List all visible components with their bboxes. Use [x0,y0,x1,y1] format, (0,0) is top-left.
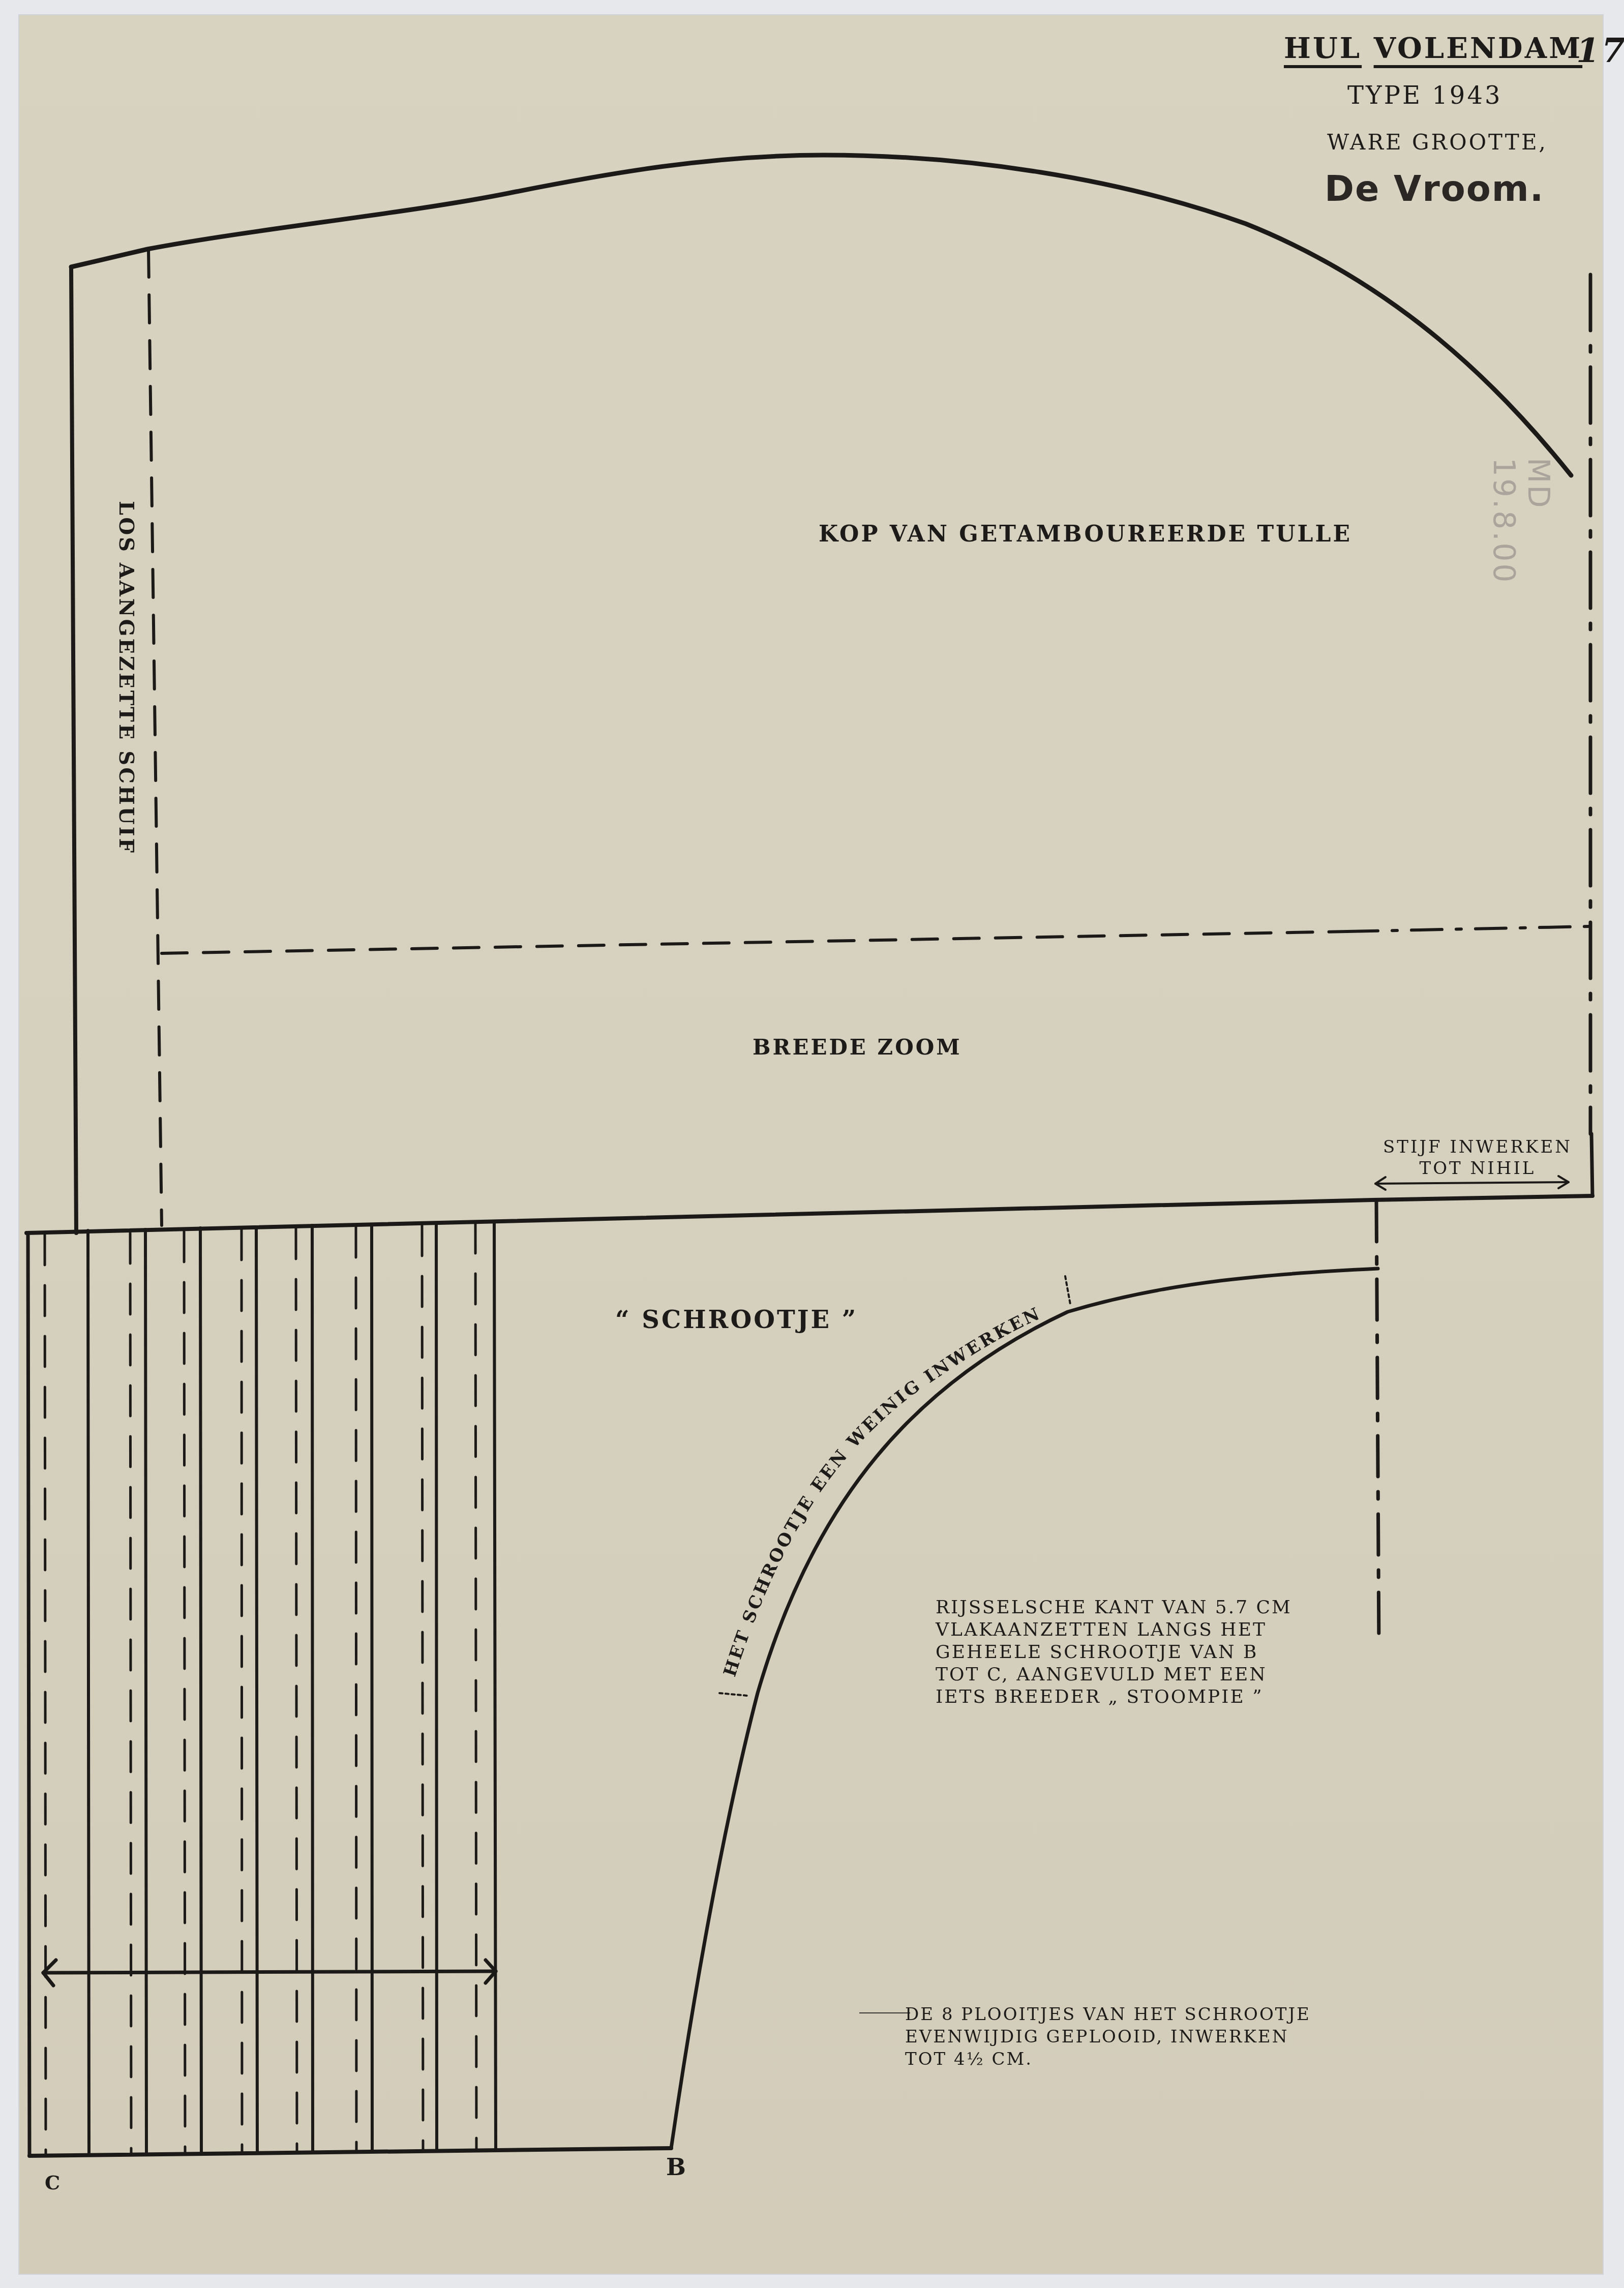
pleat-note-line: EVENWIJDIG GEPLOOID, INWERKEN [905,2026,1311,2048]
type-year: TYPE 1943 [1347,81,1502,110]
pleat-note: DE 8 PLOOITJES VAN HET SCHROOTJE EVENWIJ… [905,2003,1311,2070]
lace-note-line: RIJSSELSCHE KANT VAN 5.7 CM [936,1597,1292,1619]
crown-bottom-edge [26,1196,1592,1233]
lace-note-line: IETS BREEDER „ STOOMPIE ” [936,1686,1292,1708]
sheet-number: 17. [1576,31,1624,70]
left-edge-line [71,267,76,1233]
curve-tick-top [1065,1276,1070,1304]
pleat-note-line: TOT 4½ CM. [905,2048,1311,2070]
pencil-inventory-mark: MD 19.8.00 [1487,458,1556,584]
edge-note-line1: STIJF INWERKEN [1383,1136,1572,1158]
schrootje-bottom-edge [29,2148,671,2156]
edge-note: STIJF INWERKEN TOT NIHIL [1383,1136,1572,1179]
corner-label-b: B [666,2153,688,2181]
title-volendam: VOLENDAM [1374,32,1583,65]
pleat-width-arrow [43,1971,496,1973]
schrootje-label: “ SCHROOTJE ” [615,1306,858,1334]
lace-note-line: GEHEELE SCHROOTJE VAN B [936,1641,1292,1664]
lace-note-line: TOT C, AANGEVULD MET EEN [936,1664,1292,1686]
pleat-dashed-lines [45,1223,476,2155]
corner-label-c: C [45,2171,62,2194]
seam-dashed-line [148,249,162,1225]
edge-note-line2: TOT NIHIL [1383,1158,1572,1179]
pleat-note-line: DE 8 PLOOITJES VAN HET SCHROOTJE [905,2003,1311,2026]
hem-fold-dash-dot [1347,926,1590,931]
scale-note: WARE GROOTTE, [1327,130,1548,155]
double-arrow-top [1375,1182,1569,1184]
lace-note-line: VLAKAANZETTEN LANGS HET [936,1619,1292,1641]
schrootje-left-edge [28,1233,29,2156]
pleat-note-arrow-icon [859,2012,910,2013]
pleat-solid-lines [88,1221,496,2154]
author-signature: De Vroom. [1325,168,1544,209]
left-strip-label: LOS AANGEZETTE SCHUIF [114,501,138,855]
crown-label: KOP VAN GETAMBOUREERDE TULLE [819,521,1352,547]
curve-tick-bottom [719,1693,747,1696]
wide-hem-label: BREEDE ZOOM [753,1035,962,1060]
hem-fold-line [162,931,1347,953]
right-edge-line [1591,1134,1592,1196]
title-hul: HUL [1284,32,1362,65]
lace-note: RIJSSELSCHE KANT VAN 5.7 CM VLAKAANZETTE… [936,1597,1292,1708]
pattern-drawing: HET SCHROOTJE EEN WEINIG INWERKEN [0,0,1624,2288]
document-title: HUL VOLENDAM [1284,32,1582,65]
